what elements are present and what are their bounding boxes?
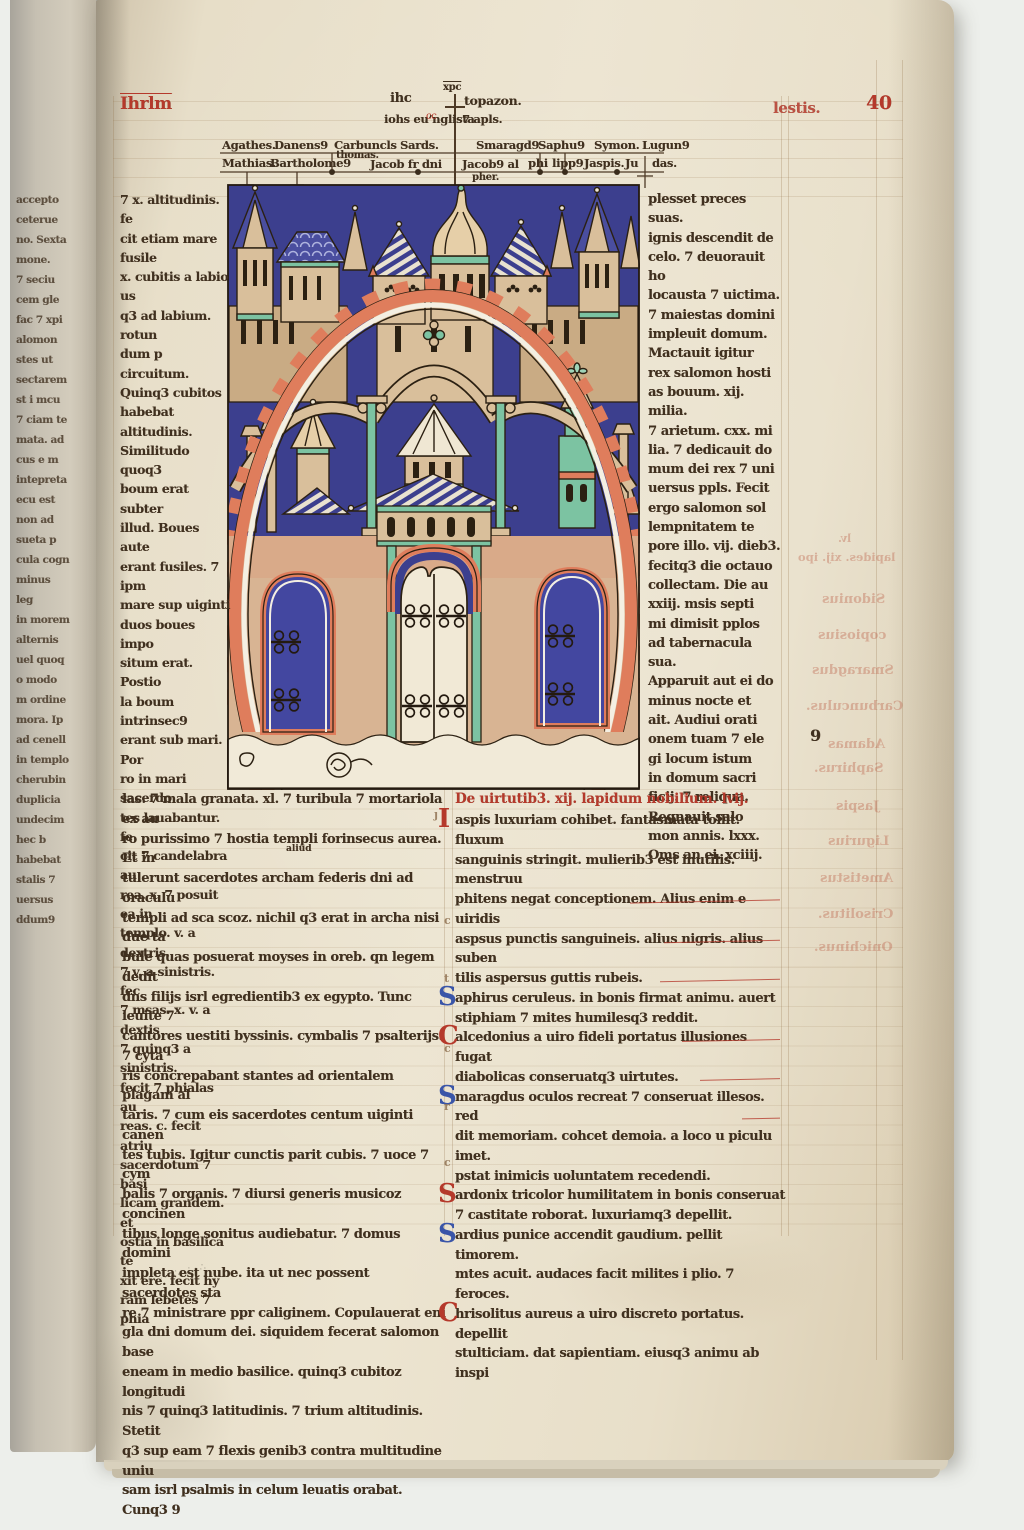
gem-agathes: Agathes. (222, 138, 275, 152)
apostle-philip-b: lipp9 (552, 156, 583, 170)
apostle-james-alphei: Jacob9 al (462, 157, 519, 171)
paragraph-saphirus-text: aphirus ceruleus. in bonis firmat animu.… (455, 989, 785, 1029)
running-header-left: Ihrlm (120, 94, 172, 114)
gutter-mark: c (444, 1042, 451, 1055)
paragraph-chrisolitus: C hrisolitus aureus a uiro discreto port… (455, 1305, 785, 1384)
gutter-mark: c (444, 1156, 451, 1169)
showthrough-word: copiosius (818, 628, 886, 643)
gutter-mark: c (444, 914, 451, 927)
showthrough-word: Saphirus. (814, 761, 883, 776)
previous-page-fragments: accepto ceterue no. Sexta mone. 7 seciu … (16, 190, 70, 930)
apostles-label: 7 apls. (462, 112, 502, 126)
paragraph-smaragdus-text: maragdus oculos recreat 7 conseruat ille… (455, 1088, 785, 1187)
showthrough-word: Crisolitus. (818, 907, 893, 922)
quire-mark: 9 (810, 726, 821, 745)
paragraph-sardonix-text: ardonix tricolor humilitatem in bonis co… (455, 1186, 785, 1226)
chi-rho-label: xpc (443, 82, 461, 93)
paragraph-sardius-text: ardius punice accendit gaudium. pellit t… (455, 1226, 785, 1305)
bottom-left-text: las. 7 mala granata. xl. 7 turibula 7 mo… (122, 790, 446, 1521)
initial-saphirus: S (438, 986, 457, 1008)
paragraph-chrisolitus-text: hrisolitus aureus a uiro discreto portat… (455, 1305, 785, 1384)
ruling-vertical (788, 96, 789, 1236)
gutter-mark: r (444, 1100, 450, 1113)
initial-sardonix: S (438, 1183, 457, 1205)
initial-iaspis: I (438, 808, 450, 830)
paragraph-saphirus: S aphirus ceruleus. in bonis firmat anim… (455, 989, 785, 1029)
gem-ligurius: Lugun9 (642, 138, 689, 152)
gutter-mark: ȷ (434, 808, 438, 821)
folio-number: 40 (866, 92, 892, 114)
gem-sardius: Sards. (400, 138, 439, 152)
apostle-james-brother: Jacob fr dni (370, 157, 442, 171)
lapidary-paragraphs: I aspis luxuriam cohibet. fantasmata tol… (455, 811, 785, 1384)
showthrough-word: Sidonius (822, 592, 885, 607)
running-header-right: lestis. (773, 99, 820, 117)
city-illumination-art (227, 184, 640, 790)
red-paraph-mark: cc (426, 111, 437, 122)
apostle-judas-a: Ju (625, 156, 638, 170)
stone-topazon: topazon. (464, 93, 521, 108)
city-illumination (227, 184, 640, 790)
showthrough-word: Onichinus. (814, 940, 893, 955)
apostle-symon: Symon. (594, 138, 639, 152)
gem-danens: Danens9 (274, 138, 328, 152)
showthrough-word: lv. (838, 532, 851, 545)
gem-smaragdus: Smaragd9 (476, 138, 539, 152)
gutter-mark: t (444, 972, 449, 985)
right-column-text: plesset preces suas. ignis descendit de … (648, 190, 782, 865)
ruling-vertical (113, 96, 114, 1236)
showthrough-word: Smaragdus (812, 663, 894, 678)
paragraph-sardius: S ardius punice accendit gaudium. pellit… (455, 1226, 785, 1305)
apostle-mathias: Mathias. (222, 156, 276, 170)
showthrough-word: Jaspis (836, 799, 879, 814)
showthrough-word: Carbunculus. (806, 699, 903, 714)
gem-jaspis: Jaspis. (584, 156, 624, 170)
showthrough-word: Adamas (828, 737, 885, 752)
paragraph-sardonix: S ardonix tricolor humilitatem in bonis … (455, 1186, 785, 1226)
initial-chrisolitus: C (438, 1302, 459, 1324)
paragraph-smaragdus: S maragdus oculos recreat 7 conseruat il… (455, 1088, 785, 1187)
showthrough-word: Ametistus (820, 871, 893, 886)
showthrough-word: lapides. xij. ipo (798, 550, 896, 564)
apostle-philip-a: phi (528, 156, 548, 170)
christ-label: ihc (390, 91, 411, 106)
rubric-lapidary: De uirtutib3. xij. lapidum nobilium. lvi… (455, 790, 785, 810)
manuscript-photo: accepto ceterue no. Sexta mone. 7 seciu … (0, 0, 1024, 1530)
interlinear-gloss: aliud (286, 844, 312, 854)
showthrough-word: Ligurius (828, 834, 889, 849)
apostle-judas-b: das. (652, 156, 677, 170)
initial-sardius: S (438, 1223, 457, 1245)
genealogy-diagram: ihc xpc topazon. iohs eu’nglista cc 7 ap… (212, 86, 682, 198)
gem-saphirus: Saphu9 (538, 138, 585, 152)
apostle-james-alphei-2: pher. (472, 172, 499, 183)
page-edge-shadow (888, 0, 954, 1462)
